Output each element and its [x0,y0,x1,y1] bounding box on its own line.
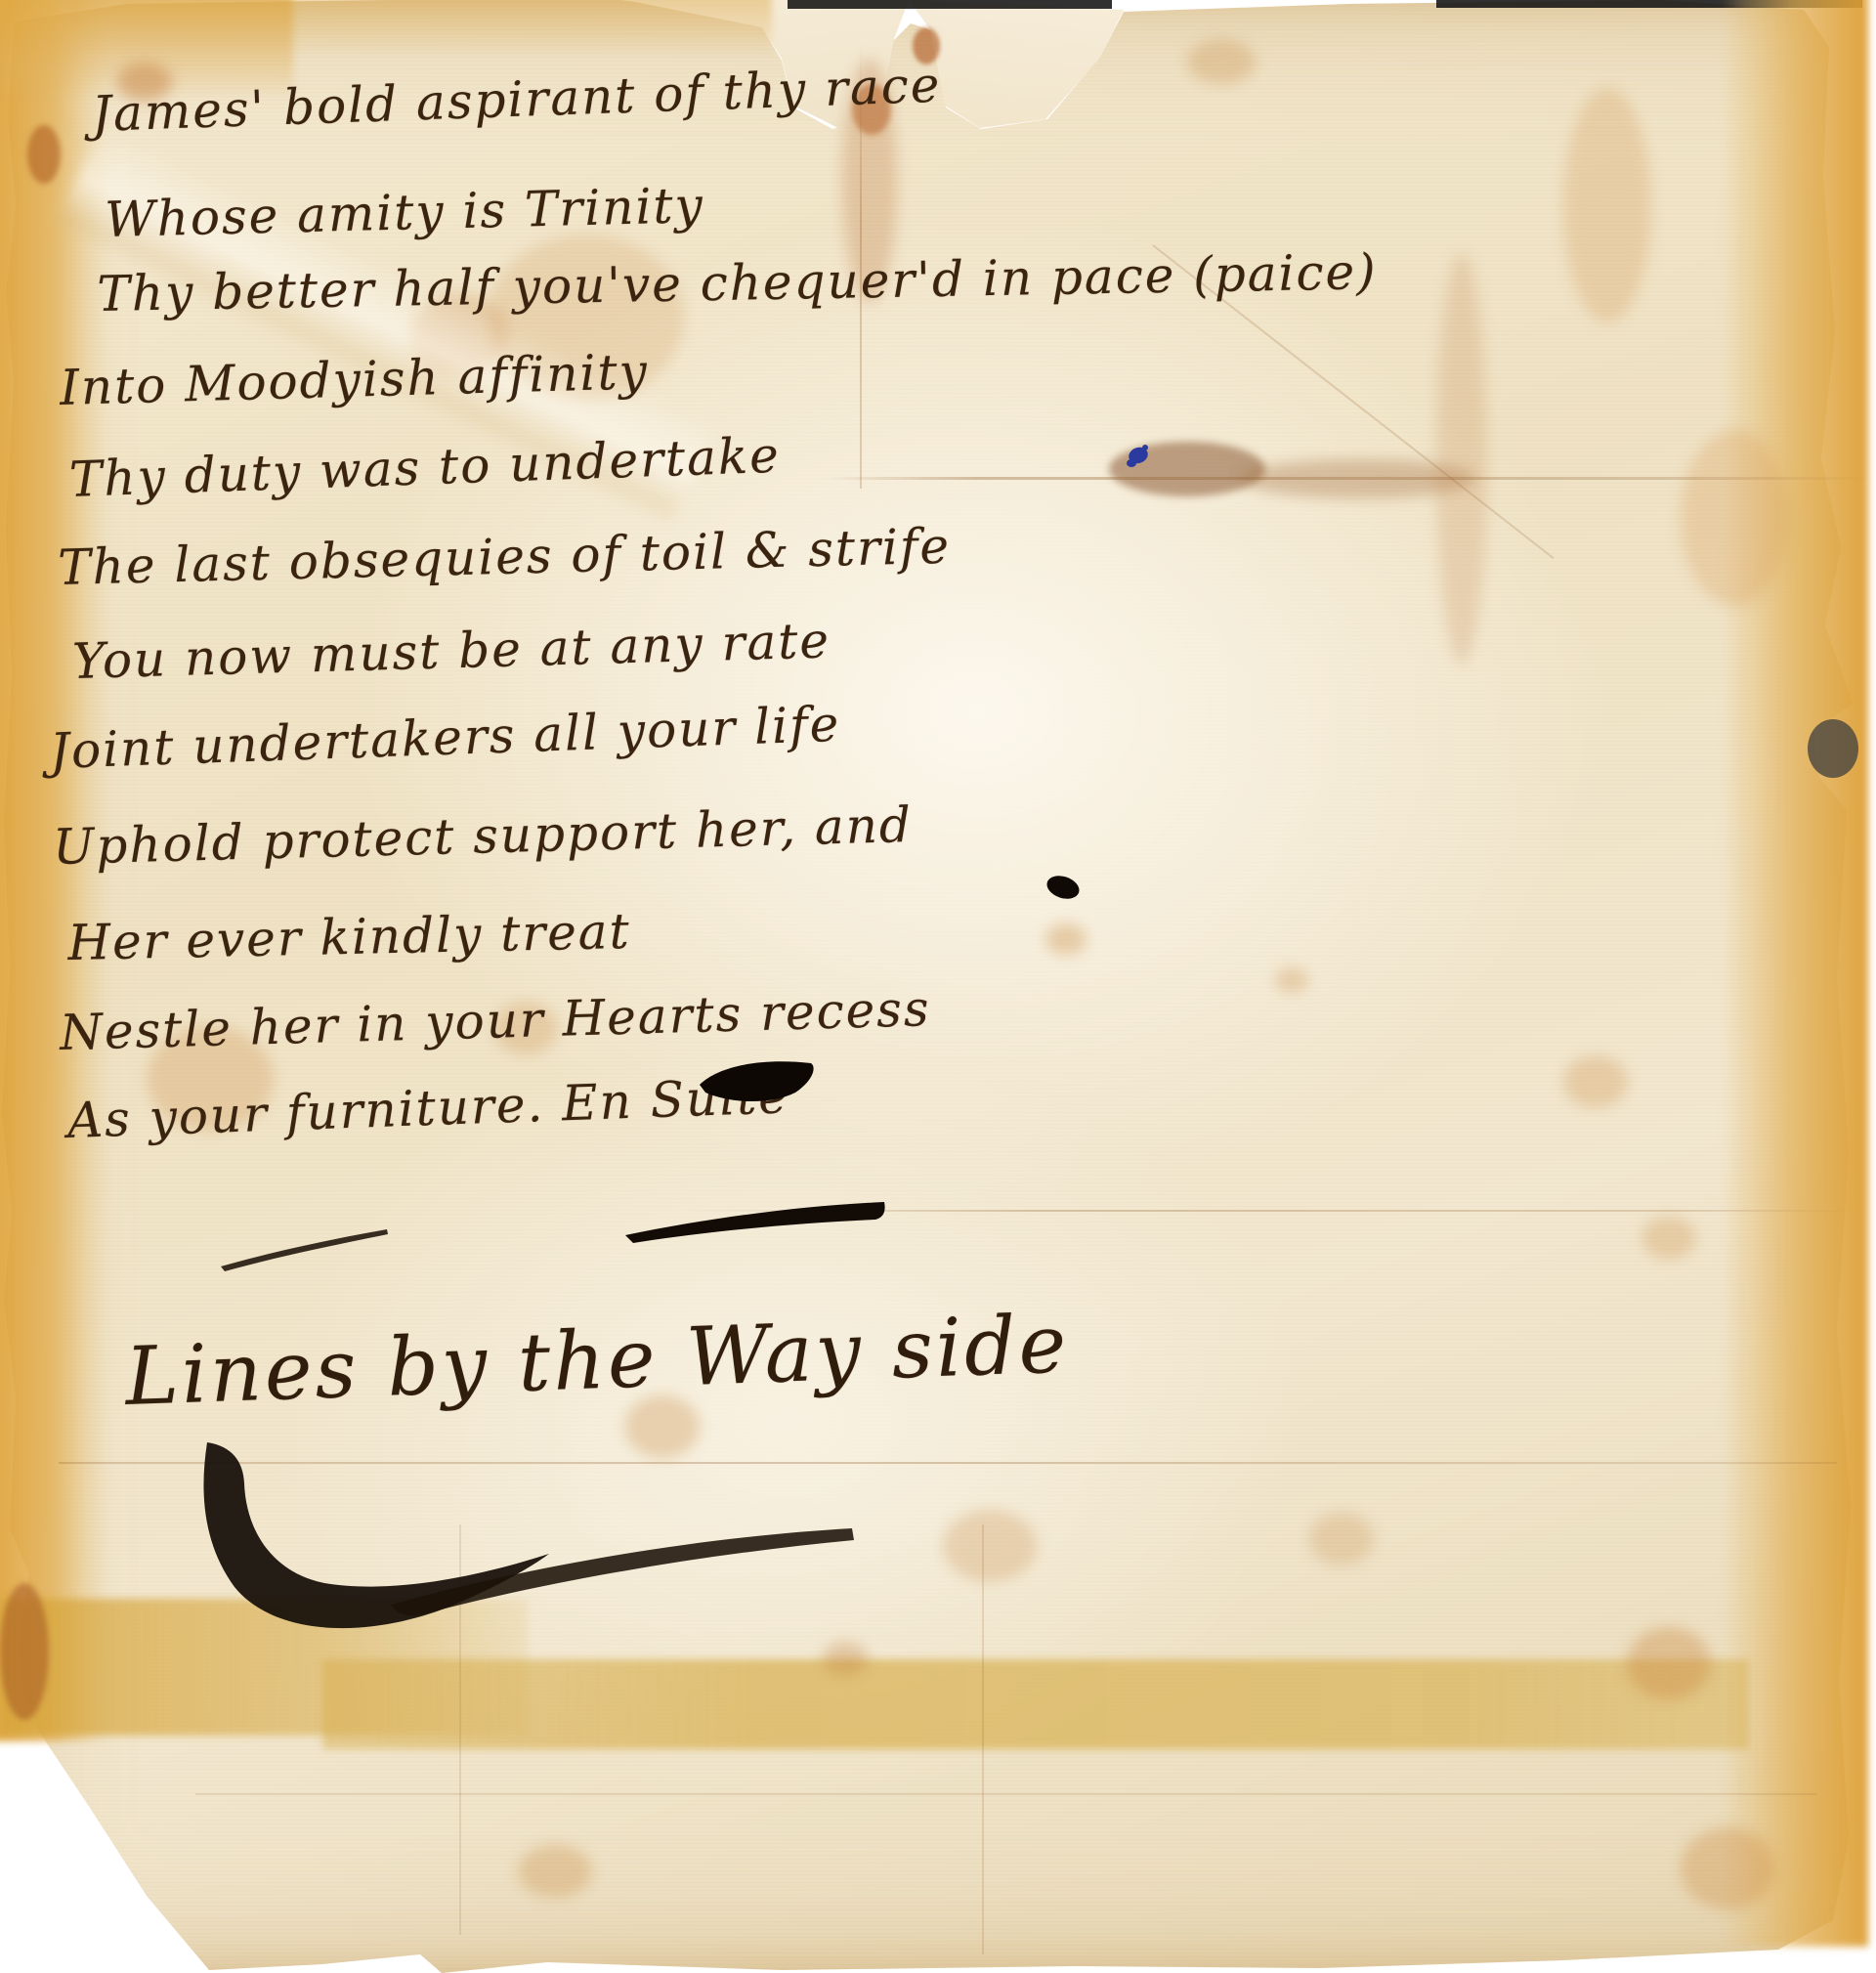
stain [1563,88,1651,322]
tape-stain-bottom-left-band [0,1599,528,1736]
stain [0,1583,49,1720]
crease-vertical-bottom [982,1524,984,1954]
scanned-manuscript-page: James' bold aspirant of thy race Whose a… [0,0,1876,1973]
stain [1045,923,1087,955]
crease-vertical-bottom-left [459,1524,461,1935]
tape-stain-right [1722,0,1868,1947]
crease-horizontal-bottom [195,1793,1817,1795]
stain [1109,442,1265,496]
stain [1275,967,1308,993]
stain [1563,1055,1628,1108]
tape-stain-top [68,0,772,57]
stain [1641,1217,1696,1260]
scanner-shadow-top-center [788,0,1112,9]
stain [1627,1627,1711,1699]
stain [823,1642,868,1675]
crease-horizontal-mid [684,1210,1856,1212]
stain [943,1510,1037,1582]
tape-stain-bottom-band [322,1659,1749,1749]
crease-horizontal-signature [59,1462,1837,1464]
stain [1681,430,1788,606]
stain [518,1845,592,1898]
stain [1187,39,1256,84]
stain [1436,254,1487,665]
crease-horizontal-upper [821,477,1876,480]
stain [27,125,61,184]
stain [1681,1827,1774,1909]
poem-line-10: Her ever kindly treat [67,903,631,971]
stain [1309,1513,1374,1566]
